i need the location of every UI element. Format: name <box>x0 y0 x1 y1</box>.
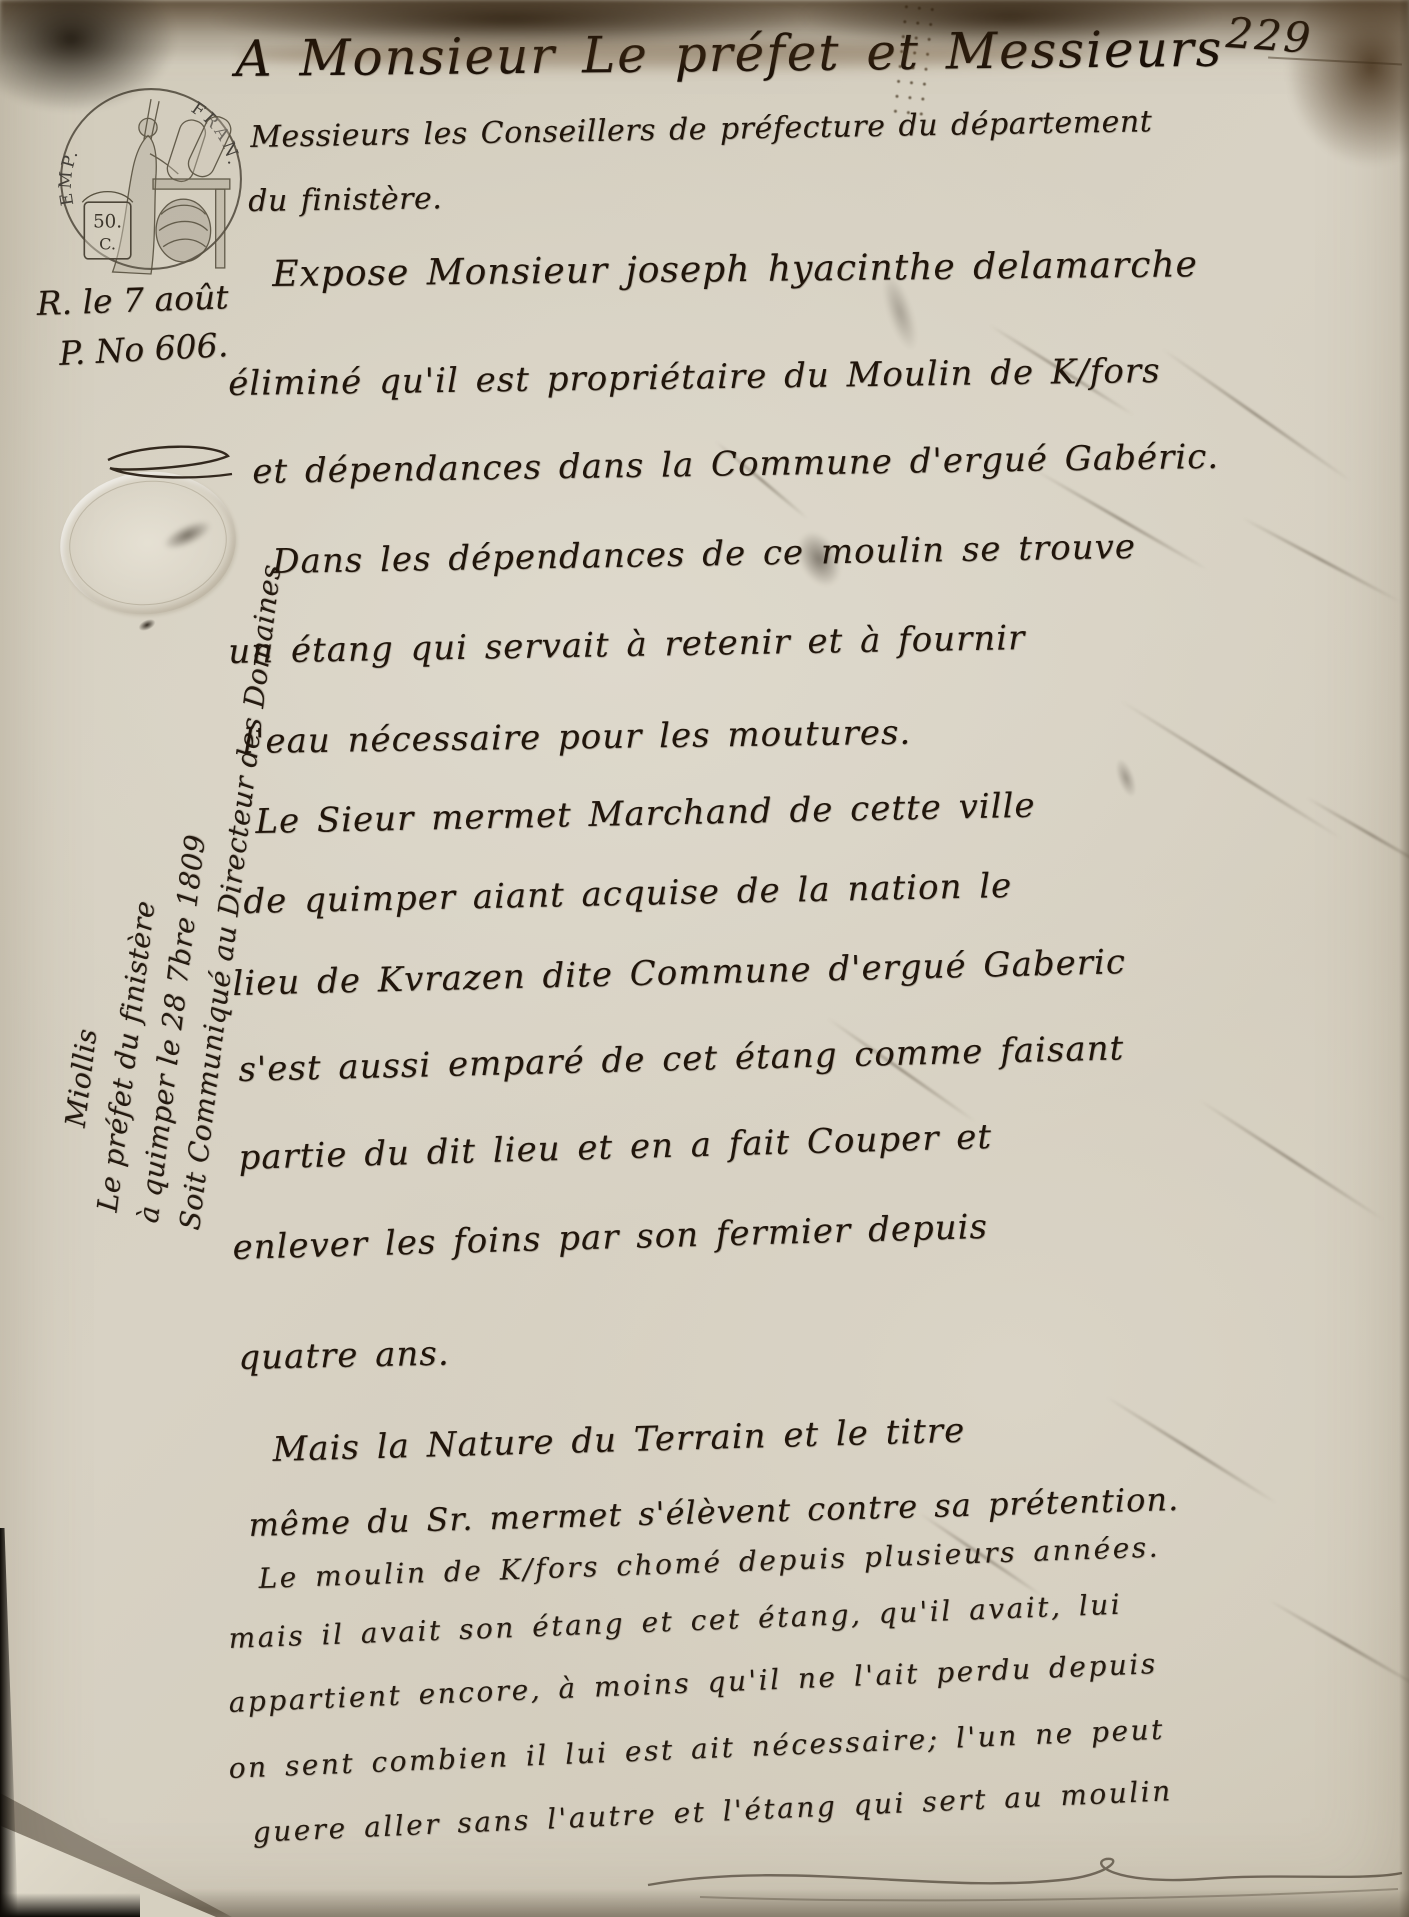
manuscript-line: appartient encore, à moins qu'il ne l'ai… <box>228 1647 1158 1719</box>
manuscript-line: quatre ans. <box>238 1334 450 1378</box>
manuscript-page: EMP. FRAN. 50. C. 229 R. le 7 aoû <box>0 0 1409 1917</box>
manuscript-line: de quimper aiant acquise de la nation le <box>243 866 1013 922</box>
manuscript-line: lieu de Kvrazen dite Commune d'ergué Gab… <box>232 942 1126 1004</box>
manuscript-line: éliminé qu'il est propriétaire du Moulin… <box>228 351 1161 404</box>
bleedthrough-mark <box>1306 796 1409 874</box>
photo-background-edge-left <box>0 1528 18 1917</box>
heading-line-2: Messieurs les Conseillers de préfecture … <box>250 104 1153 155</box>
bleedthrough-mark <box>1268 1599 1409 1692</box>
manuscript-line: Expose Monsieur joseph hyacinthe delamar… <box>272 244 1198 295</box>
manuscript-line: Le Sieur mermet Marchand de cette ville <box>255 786 1036 842</box>
manuscript-line: guere aller sans l'autre et l'étang qui … <box>252 1774 1173 1849</box>
photo-background-edge-bottom <box>0 1893 140 1917</box>
registry-date-note: R. le 7 août <box>36 277 229 323</box>
revenue-stamp: EMP. FRAN. 50. C. <box>54 76 246 282</box>
manuscript-line: et dépendances dans la Commune d'ergué G… <box>252 437 1219 492</box>
bleedthrough-mark <box>1120 700 1342 840</box>
stamp-denomination-tablet: 50. C. <box>82 192 133 259</box>
manuscript-line: Mais la Nature du Terrain et le titre <box>272 1411 966 1470</box>
stamp-text-emp: EMP. <box>56 144 84 207</box>
registry-number-note: P. No 606. <box>58 325 229 373</box>
manuscript-line: on sent combien il lui est ait nécessair… <box>228 1713 1165 1785</box>
bleedthrough-mark <box>1241 516 1401 603</box>
registry-flourish <box>100 438 240 490</box>
ink-fleck <box>1112 756 1141 799</box>
stamp-value-text: 50. <box>93 212 122 233</box>
right-edge-shadow <box>1399 0 1409 1917</box>
manuscript-line: un étang qui servait à retenir et à four… <box>228 618 1026 672</box>
manuscript-line: s'est aussi emparé de cet étang comme fa… <box>238 1028 1125 1090</box>
page-number: 229 <box>1225 8 1314 63</box>
closing-flourish <box>640 1843 1409 1905</box>
manuscript-line: partie du dit lieu et en a fait Couper e… <box>238 1117 993 1178</box>
manuscript-line: mais il avait son étang et cet étang, qu… <box>228 1588 1123 1655</box>
heading-line-1: A Monsieur Le préfet et Messieurs <box>235 20 1224 88</box>
bleedthrough-mark <box>1198 1099 1384 1221</box>
speckle-cluster <box>887 0 943 120</box>
manuscript-line: enlever les foins par son fermier depuis <box>232 1207 988 1268</box>
stamp-value-unit-text: C. <box>99 235 116 254</box>
manuscript-line: l'eau nécessaire pour les moutures. <box>243 713 911 762</box>
manuscript-line: Dans les dépendances de ce moulin se tro… <box>272 527 1136 582</box>
svg-text:EMP.: EMP. <box>56 144 84 207</box>
heading-line-3: du finistère. <box>248 181 442 219</box>
